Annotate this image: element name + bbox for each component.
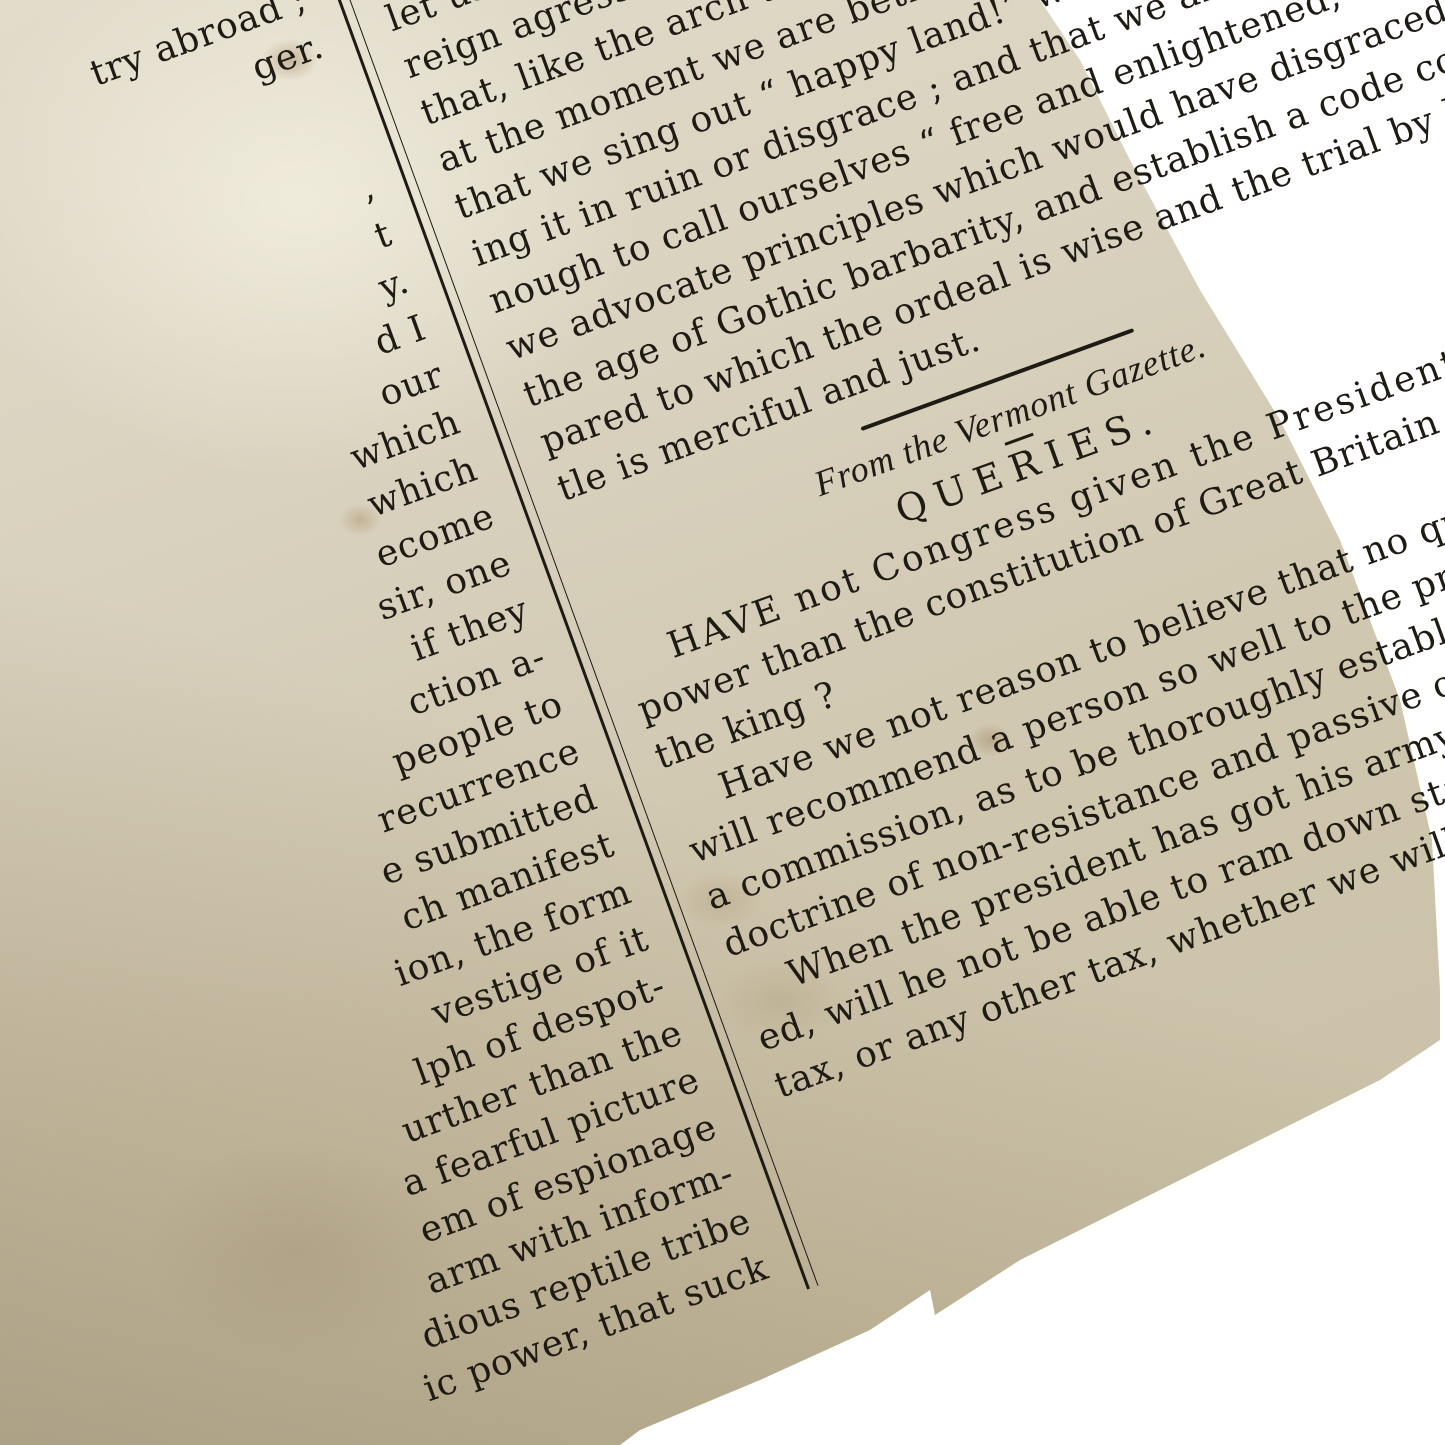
photo-stage: at try abroad ; ger. , t y. d I our whic… <box>0 0 1445 1445</box>
